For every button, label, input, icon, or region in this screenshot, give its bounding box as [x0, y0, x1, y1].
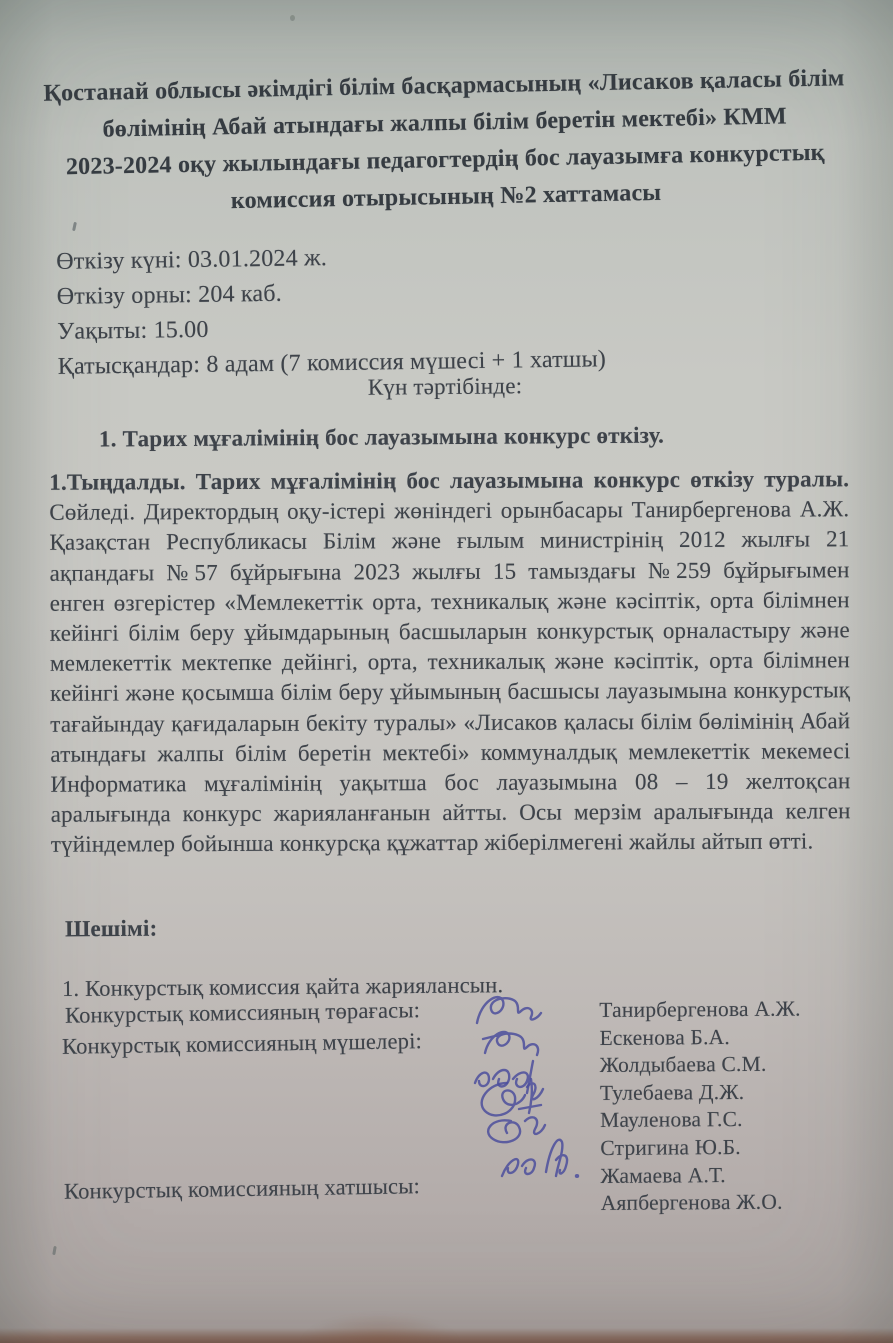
signer-name: Жамаева А.Т.: [600, 1161, 870, 1190]
paper-edge-smudge: [300, 1313, 460, 1343]
document-title: Қостанай облысы әкімдігі білім басқармас…: [41, 60, 850, 223]
stray-mark-dot: [290, 15, 295, 21]
listened-lead: 1.Тыңдалды. Тарих мұғалімінің бос лауазы…: [49, 466, 849, 494]
meta-place-label: Өткізу орны:: [57, 282, 193, 310]
meta-block: Өткізу күні: 03.01.2024 ж. Өткізу орны: …: [56, 235, 758, 385]
signature-chair: [477, 997, 541, 1023]
meta-place-value: 204 каб.: [198, 281, 282, 308]
signature-secretary: [502, 1140, 578, 1177]
signer-name: Жолдыбаева С.М.: [600, 1050, 870, 1079]
signer-name: Аяпбергенова Ж.О.: [601, 1188, 871, 1217]
meta-time-value: 15.00: [153, 317, 208, 344]
meta-date-label: Өткізу күні:: [56, 247, 182, 275]
secretary-label: Конкурстық комиссияның хатшысы:: [64, 1173, 420, 1205]
signer-name: Мауленова Г.С.: [600, 1105, 870, 1134]
scanned-protocol-document: Қостанай облысы әкімдігі білім басқармас…: [0, 0, 893, 1343]
meta-participants-label: Қатысқандар:: [58, 352, 201, 380]
signer-name: Ескенова Б.А.: [599, 1023, 869, 1052]
listened-body: Сөйледі. Директордың оқу-істері жөніндег…: [49, 496, 850, 857]
meta-date-value: 03.01.2024 ж.: [188, 245, 328, 273]
agenda-item-1: 1. Тарих мұғалімінің бос лауазымына конк…: [99, 421, 819, 452]
signature-member-3: [482, 1079, 543, 1115]
signer-name: Стригина Ю.Б.: [600, 1133, 870, 1162]
chair-label: Конкурстық комиссияның төрағасы:: [65, 997, 421, 1029]
signature-member-4: [488, 1117, 545, 1142]
signer-name: Тулебаева Д.Ж.: [600, 1078, 870, 1107]
members-label: Конкурстық комиссияның мүшелері:: [62, 1028, 422, 1060]
signer-name: Танирбергенова А.Ж.: [599, 995, 869, 1024]
listened-paragraph: 1.Тыңдалды. Тарих мұғалімінің бос лауазы…: [49, 464, 851, 860]
meta-time-label: Уақыты:: [57, 318, 147, 345]
stray-mark-comma: [72, 222, 77, 231]
stray-mark-comma-bottom: [52, 1246, 57, 1255]
decision-heading: Шешімі:: [65, 916, 158, 943]
signature-member-2: [475, 1061, 533, 1093]
signature-member-1: [483, 1032, 538, 1055]
signers-name-list: Танирбергенова А.Ж. Ескенова Б.А. Жолдыб…: [599, 995, 871, 1218]
